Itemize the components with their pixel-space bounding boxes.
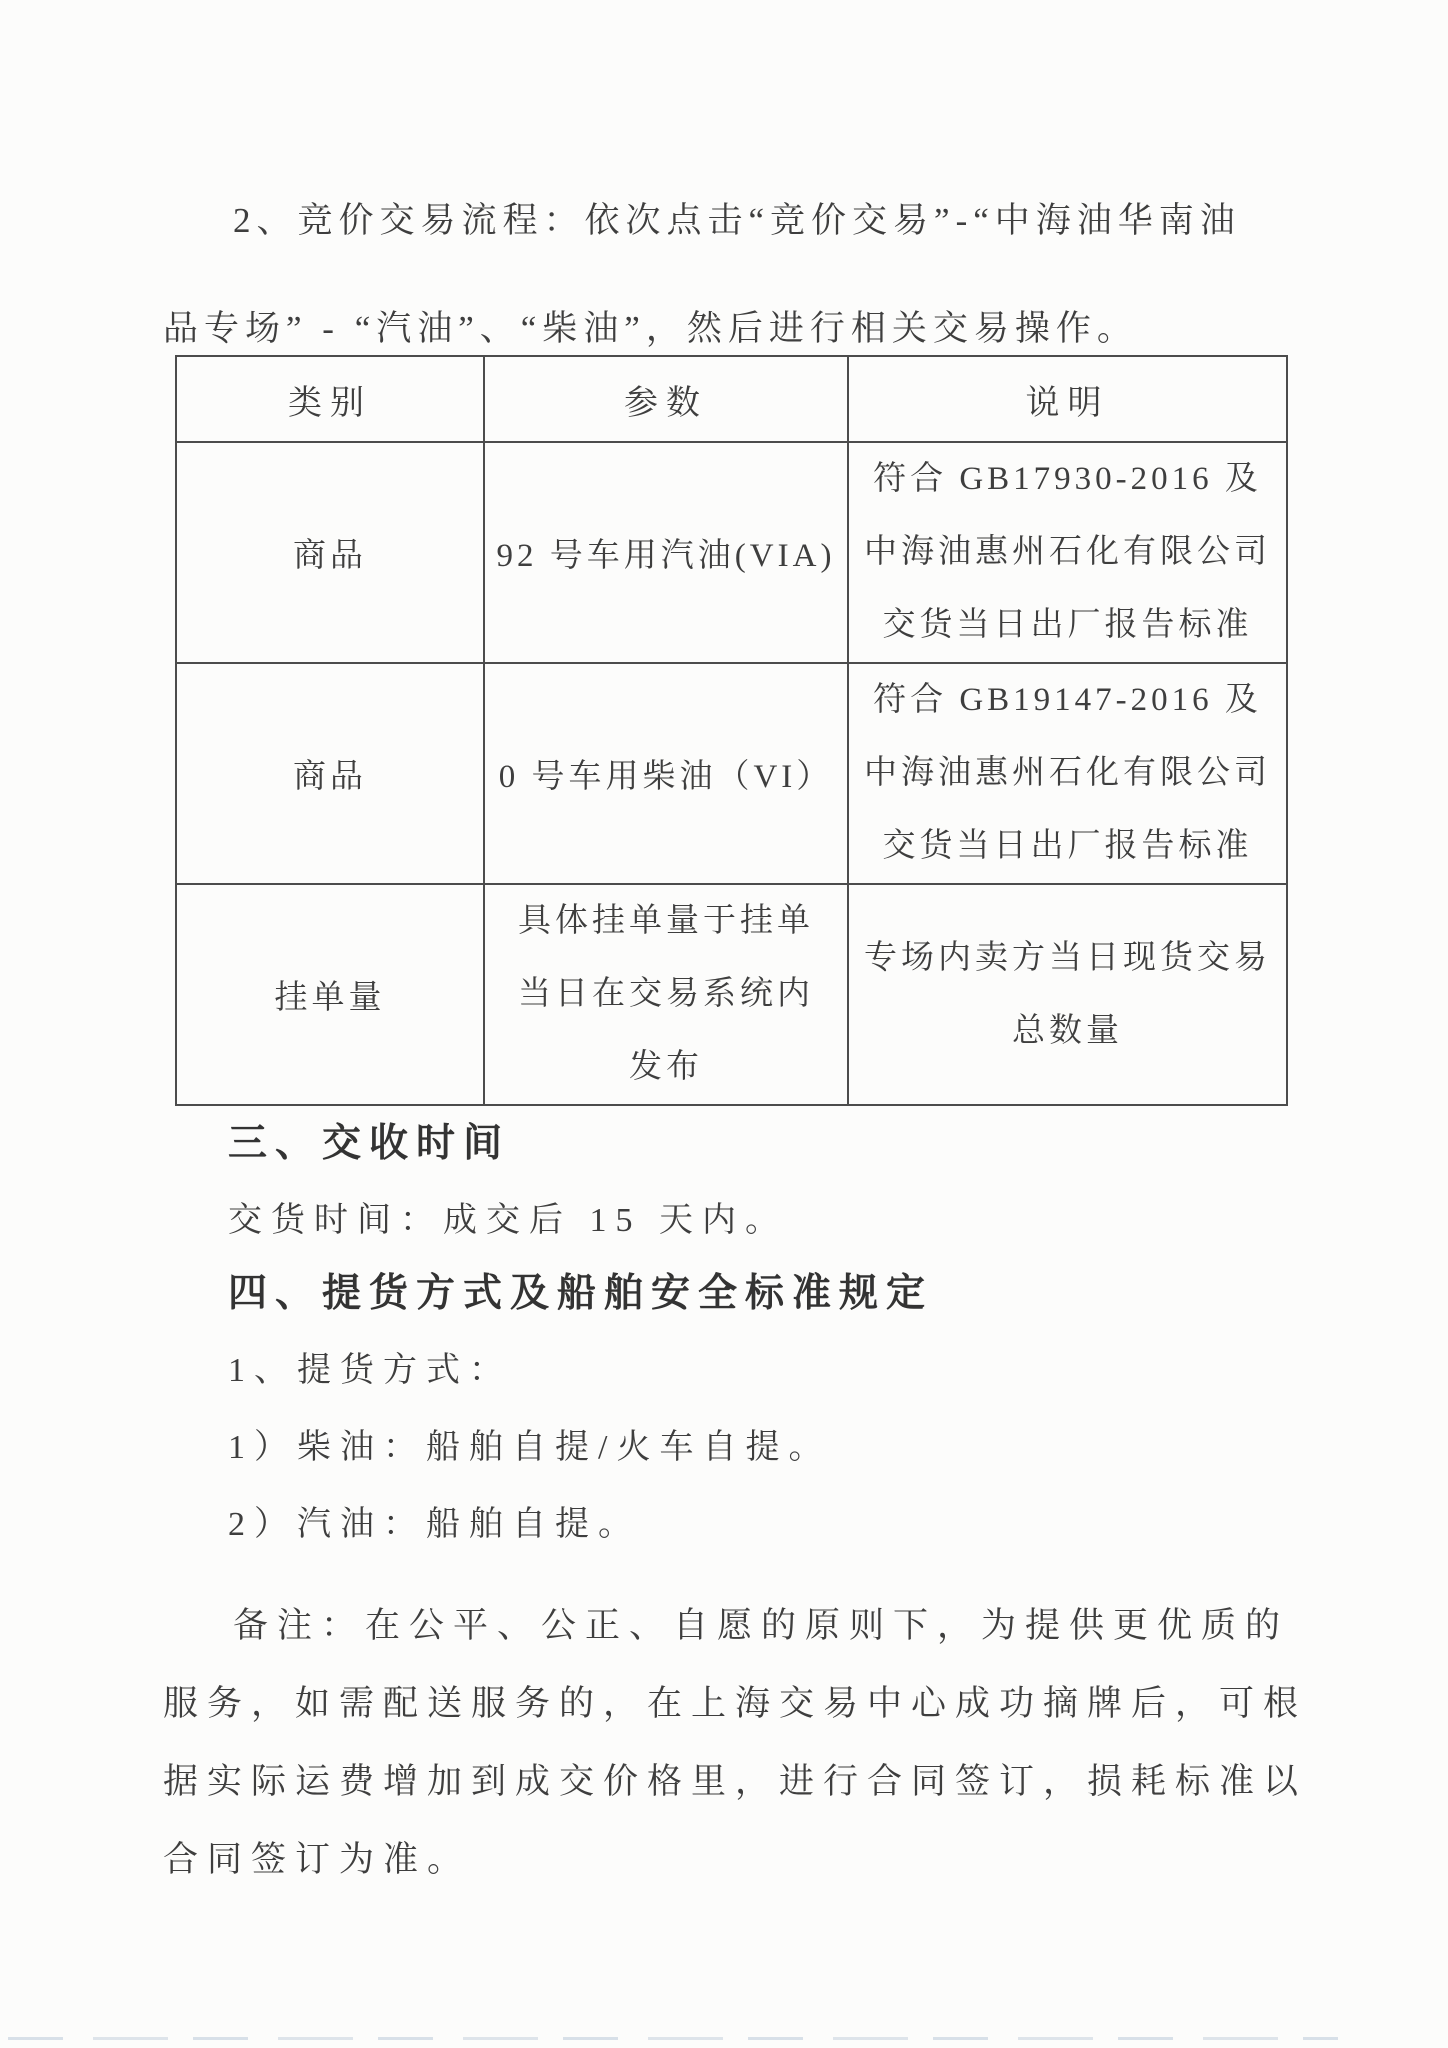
header-description: 说明	[848, 356, 1287, 442]
parameter-cell: 92 号车用汽油(VIA)	[484, 442, 848, 663]
section-title-pickup-method: 四、提货方式及船舶安全标准规定	[228, 1262, 933, 1318]
pickup-list-item: 1）柴油：船舶自提/火车自提。	[228, 1419, 831, 1468]
parameter-cell: 具体挂单量于挂单 当日在交易系统内 发布	[484, 884, 848, 1105]
scanned-document-page: 2、竞价交易流程：依次点击“竞价交易”-“中海油华南油 品专场” - “汽油”、…	[0, 0, 1448, 2048]
table-header-row: 类别 参数 说明	[176, 356, 1287, 442]
description-cell: 符合 GB19147-2016 及 中海油惠州石化有限公司 交货当日出厂报告标准	[848, 663, 1287, 884]
section-title-delivery-time: 三、交收时间	[228, 1112, 510, 1168]
product-spec-table: 类别 参数 说明 商品 92 号车用汽油(VIA) 符合 GB17930-201…	[175, 355, 1288, 1106]
table-row: 商品 0 号车用柴油（VI） 符合 GB19147-2016 及 中海油惠州石化…	[176, 663, 1287, 884]
table-row: 商品 92 号车用汽油(VIA) 符合 GB17930-2016 及 中海油惠州…	[176, 442, 1287, 663]
category-cell: 商品	[176, 663, 484, 884]
note-paragraph: 备注：在公平、公正、自愿的原则下，为提供更优质的 服务，如需配送服务的，在上海交…	[163, 1587, 1318, 1899]
pickup-list-item: 2）汽油：船舶自提。	[228, 1496, 641, 1545]
parameter-cell: 0 号车用柴油（VI）	[484, 663, 848, 884]
header-category: 类别	[176, 356, 484, 442]
description-cell: 符合 GB17930-2016 及 中海油惠州石化有限公司 交货当日出厂报告标准	[848, 442, 1287, 663]
intro-paragraph: 2、竞价交易流程：依次点击“竞价交易”-“中海油华南油 品专场” - “汽油”、…	[163, 167, 1318, 383]
pickup-list-item: 1、提货方式：	[228, 1342, 512, 1391]
description-cell: 专场内卖方当日现货交易 总数量	[848, 884, 1287, 1105]
category-cell: 商品	[176, 442, 484, 663]
table-row: 挂单量 具体挂单量于挂单 当日在交易系统内 发布 专场内卖方当日现货交易 总数量	[176, 884, 1287, 1105]
scan-artifact-line	[8, 2037, 1338, 2040]
delivery-time-line: 交货时间：成交后 15 天内。	[228, 1192, 788, 1241]
header-parameter: 参数	[484, 356, 848, 442]
category-cell: 挂单量	[176, 884, 484, 1105]
